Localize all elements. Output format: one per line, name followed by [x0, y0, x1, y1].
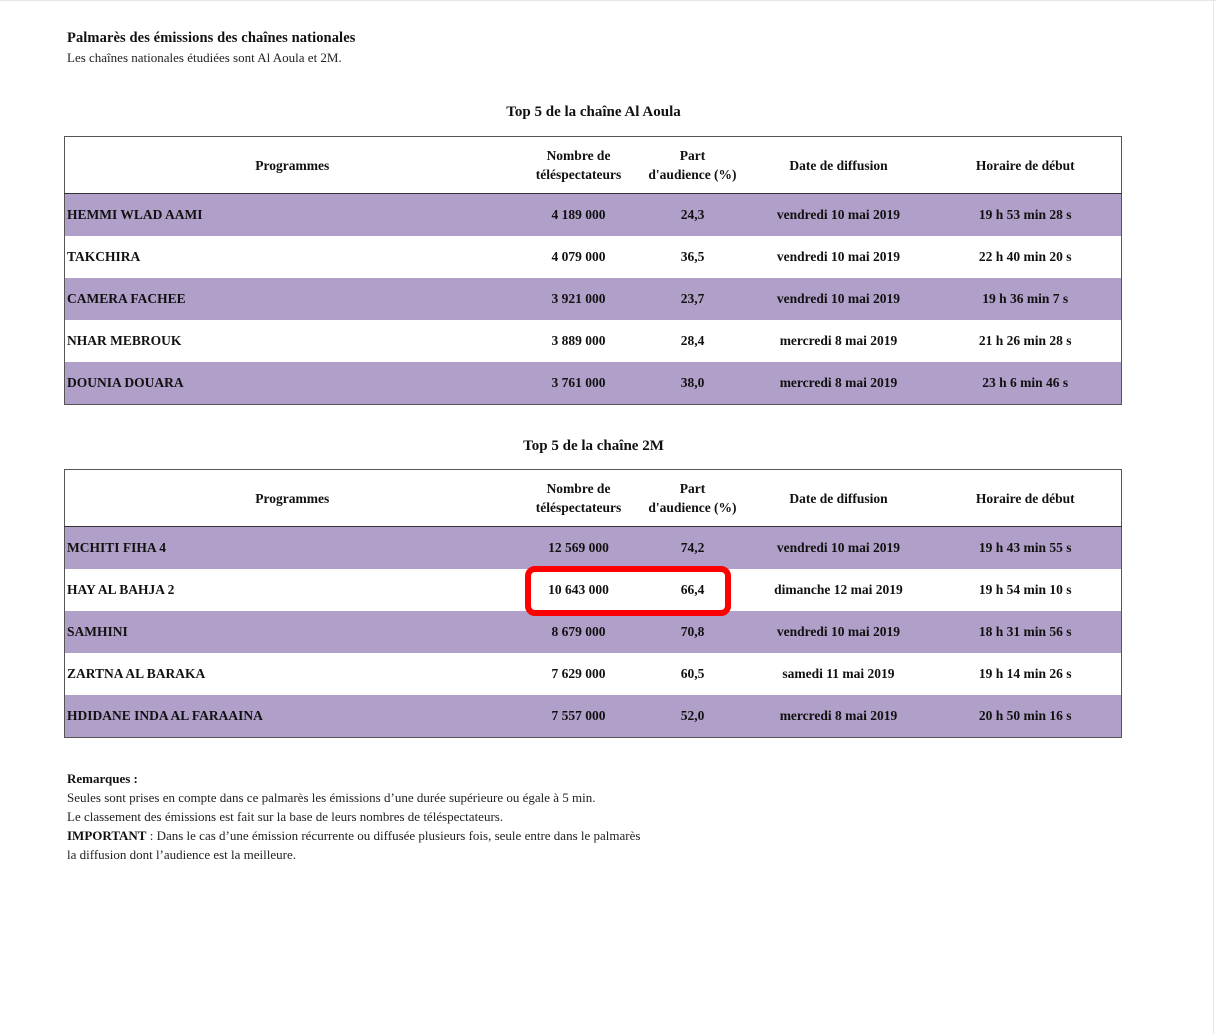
cell-program: ZARTNA AL BARAKA [65, 653, 520, 695]
cell-date: mercredi 8 mai 2019 [748, 695, 930, 738]
cell-program: CAMERA FACHEE [65, 278, 520, 320]
column-header-viewers: Nombre detéléspectateurs [520, 137, 638, 194]
cell-start-time: 19 h 53 min 28 s [930, 194, 1122, 237]
table-caption-2m: Top 5 de la chaîne 2M [64, 438, 1123, 455]
cell-viewers: 8 679 000 [520, 611, 638, 653]
cell-date: vendredi 10 mai 2019 [748, 236, 930, 278]
viewers-header-line2: téléspectateurs [536, 500, 621, 515]
share-header-line1: Part [680, 148, 705, 163]
remarks-line-3-text: : Dans le cas d’une émission récurrente … [146, 828, 640, 843]
page-right-edge [1213, 0, 1214, 1034]
remarks-line-2: Le classement des émissions est fait sur… [67, 807, 640, 826]
viewers-header-line1: Nombre de [547, 481, 611, 496]
document-title: Palmarès des émissions des chaînes natio… [67, 30, 355, 47]
cell-share: 70,8 [638, 611, 748, 653]
viewers-header-line1: Nombre de [547, 148, 611, 163]
table-row: DOUNIA DOUARA3 761 00038,0mercredi 8 mai… [65, 362, 1122, 405]
remarks-title: Remarques : [67, 769, 640, 788]
remarks-line-3: IMPORTANT : Dans le cas d’une émission r… [67, 826, 640, 845]
cell-program: DOUNIA DOUARA [65, 362, 520, 405]
cell-program: MCHITI FIHA 4 [65, 527, 520, 570]
table-row: HAY AL BAHJA 210 643 00066,4dimanche 12 … [65, 569, 1122, 611]
column-header-start-time: Horaire de début [930, 137, 1122, 194]
cell-viewers: 3 761 000 [520, 362, 638, 405]
column-header-program: Programmes [65, 470, 520, 527]
cell-date: mercredi 8 mai 2019 [748, 320, 930, 362]
column-header-program: Programmes [65, 137, 520, 194]
table-row: SAMHINI8 679 00070,8vendredi 10 mai 2019… [65, 611, 1122, 653]
table-row: TAKCHIRA4 079 00036,5vendredi 10 mai 201… [65, 236, 1122, 278]
cell-share: 23,7 [638, 278, 748, 320]
table-row: HEMMI WLAD AAMI4 189 00024,3vendredi 10 … [65, 194, 1122, 237]
cell-share: 28,4 [638, 320, 748, 362]
cell-date: vendredi 10 mai 2019 [748, 278, 930, 320]
share-header-line2: d'audience (%) [648, 500, 736, 515]
cell-program: NHAR MEBROUK [65, 320, 520, 362]
table-row: CAMERA FACHEE3 921 00023,7vendredi 10 ma… [65, 278, 1122, 320]
cell-start-time: 23 h 6 min 46 s [930, 362, 1122, 405]
cell-share: 36,5 [638, 236, 748, 278]
cell-share: 74,2 [638, 527, 748, 570]
cell-start-time: 19 h 14 min 26 s [930, 653, 1122, 695]
column-header-viewers: Nombre detéléspectateurs [520, 470, 638, 527]
cell-start-time: 21 h 26 min 28 s [930, 320, 1122, 362]
cell-viewers: 7 629 000 [520, 653, 638, 695]
table-row: MCHITI FIHA 412 569 00074,2vendredi 10 m… [65, 527, 1122, 570]
cell-program: SAMHINI [65, 611, 520, 653]
cell-share: 38,0 [638, 362, 748, 405]
cell-date: vendredi 10 mai 2019 [748, 194, 930, 237]
page-top-edge [0, 0, 1216, 1]
column-header-start-time: Horaire de début [930, 470, 1122, 527]
cell-share: 24,3 [638, 194, 748, 237]
share-header-line2: d'audience (%) [648, 167, 736, 182]
cell-share: 60,5 [638, 653, 748, 695]
table-row: NHAR MEBROUK3 889 00028,4mercredi 8 mai … [65, 320, 1122, 362]
cell-viewers: 10 643 000 [520, 569, 638, 611]
cell-start-time: 19 h 43 min 55 s [930, 527, 1122, 570]
remarks-line-4: la diffusion dont l’audience est la meil… [67, 845, 640, 864]
cell-viewers: 4 189 000 [520, 194, 638, 237]
table-header-row: Programmes Nombre detéléspectateurs Part… [65, 470, 1122, 527]
document-subtitle: Les chaînes nationales étudiées sont Al … [67, 50, 342, 66]
cell-share: 66,4 [638, 569, 748, 611]
cell-viewers: 12 569 000 [520, 527, 638, 570]
cell-date: samedi 11 mai 2019 [748, 653, 930, 695]
cell-program: TAKCHIRA [65, 236, 520, 278]
cell-share: 52,0 [638, 695, 748, 738]
column-header-share: Partd'audience (%) [638, 470, 748, 527]
table-caption-al-aoula: Top 5 de la chaîne Al Aoula [64, 104, 1123, 121]
cell-viewers: 3 921 000 [520, 278, 638, 320]
cell-viewers: 3 889 000 [520, 320, 638, 362]
cell-program: HDIDANE INDA AL FARAAINA [65, 695, 520, 738]
cell-date: dimanche 12 mai 2019 [748, 569, 930, 611]
ranking-table-2m: Programmes Nombre detéléspectateurs Part… [64, 469, 1122, 738]
column-header-date: Date de diffusion [748, 470, 930, 527]
cell-viewers: 7 557 000 [520, 695, 638, 738]
cell-start-time: 20 h 50 min 16 s [930, 695, 1122, 738]
important-label: IMPORTANT [67, 828, 146, 843]
cell-start-time: 19 h 54 min 10 s [930, 569, 1122, 611]
table-header-row: Programmes Nombre detéléspectateurs Part… [65, 137, 1122, 194]
table-row: ZARTNA AL BARAKA7 629 00060,5samedi 11 m… [65, 653, 1122, 695]
cell-date: mercredi 8 mai 2019 [748, 362, 930, 405]
table-row: HDIDANE INDA AL FARAAINA7 557 00052,0mer… [65, 695, 1122, 738]
cell-date: vendredi 10 mai 2019 [748, 527, 930, 570]
cell-date: vendredi 10 mai 2019 [748, 611, 930, 653]
cell-program: HAY AL BAHJA 2 [65, 569, 520, 611]
cell-start-time: 19 h 36 min 7 s [930, 278, 1122, 320]
remarks-section: Remarques : Seules sont prises en compte… [67, 769, 640, 864]
cell-start-time: 22 h 40 min 20 s [930, 236, 1122, 278]
remarks-line-1: Seules sont prises en compte dans ce pal… [67, 788, 640, 807]
ranking-table-al-aoula: Programmes Nombre detéléspectateurs Part… [64, 136, 1122, 405]
cell-viewers: 4 079 000 [520, 236, 638, 278]
cell-program: HEMMI WLAD AAMI [65, 194, 520, 237]
column-header-share: Partd'audience (%) [638, 137, 748, 194]
column-header-date: Date de diffusion [748, 137, 930, 194]
cell-start-time: 18 h 31 min 56 s [930, 611, 1122, 653]
viewers-header-line2: téléspectateurs [536, 167, 621, 182]
share-header-line1: Part [680, 481, 705, 496]
